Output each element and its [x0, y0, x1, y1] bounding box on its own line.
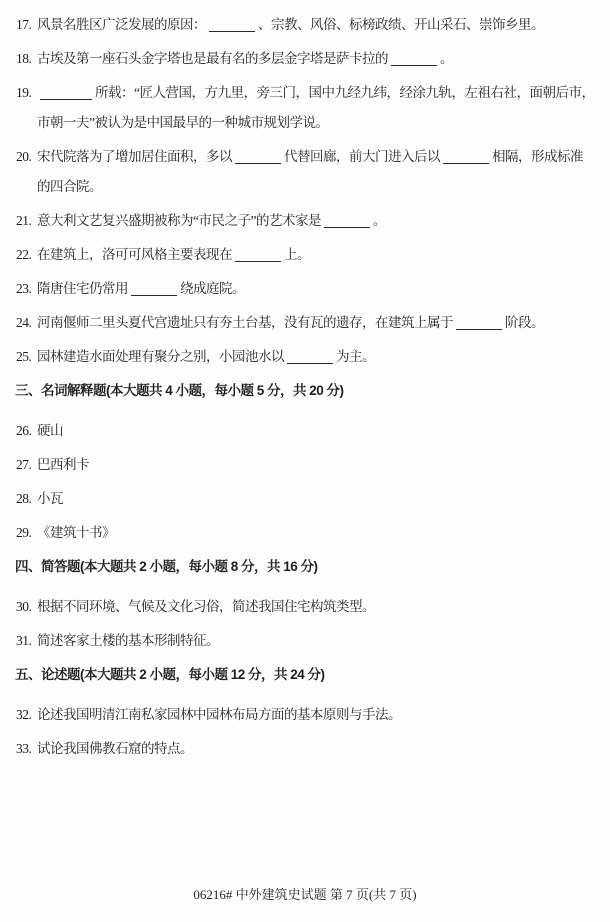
question-number: 31.	[16, 626, 31, 656]
question-line: 24.河南偃师二里头夏代宫遗址只有夯土台基，没有瓦的遗存，在建筑上属于阶段。	[0, 308, 596, 338]
question-27: 27.巴西利卡	[0, 450, 596, 480]
question-26: 26.硬山	[0, 416, 596, 446]
fill-in-blank	[391, 55, 437, 66]
question-number: 32.	[16, 700, 31, 730]
question-number: 33.	[16, 734, 31, 764]
exam-page: 17.风景名胜区广泛发展的原因：、宗教、风俗、标榜政绩、开山采石、崇饰乡里。18…	[0, 0, 610, 922]
question-text: 论述我国明清江南私家园林中园林布局方面的基本原则与手法。	[37, 707, 401, 722]
question-30: 30.根据不同环境、气候及文化习俗，简述我国住宅构筑类型。	[0, 592, 596, 622]
question-line: 32.论述我国明清江南私家园林中园林布局方面的基本原则与手法。	[0, 700, 596, 730]
fill-in-blank	[131, 285, 177, 296]
section-header: 三、名词解释题(本大题共 4 小题，每小题 5 分，共 20 分)	[0, 376, 596, 406]
question-number: 23.	[16, 274, 31, 304]
question-text: 代替回廊，前大门进入后以	[284, 149, 440, 164]
question-text: 绕成庭院。	[180, 281, 245, 296]
question-25: 25.园林建造水面处理有聚分之别，小园池水以为主。	[0, 342, 596, 372]
fill-in-blank	[324, 217, 370, 228]
question-number: 19.	[16, 78, 31, 108]
question-line: 30.根据不同环境、气候及文化习俗，简述我国住宅构筑类型。	[0, 592, 596, 622]
question-23: 23.隋唐住宅仍常用绕成庭院。	[0, 274, 596, 304]
question-number: 29.	[16, 518, 31, 548]
question-text: 上。	[284, 247, 310, 262]
question-text: 《建筑十书》	[37, 525, 115, 540]
question-line: 26.硬山	[0, 416, 596, 446]
question-text: 为主。	[336, 349, 375, 364]
question-text: 相隔，形成标准	[492, 149, 583, 164]
question-28: 28.小瓦	[0, 484, 596, 514]
question-line: 22.在建筑上，洛可可风格主要表现在上。	[0, 240, 596, 270]
question-text: 试论我国佛教石窟的特点。	[37, 741, 193, 756]
question-29: 29.《建筑十书》	[0, 518, 596, 548]
question-line: 21.意大利文艺复兴盛期被称为“市民之子”的艺术家是。	[0, 206, 596, 236]
question-number: 22.	[16, 240, 31, 270]
section-header: 五、论述题(本大题共 2 小题，每小题 12 分，共 24 分)	[0, 660, 596, 690]
question-number: 17.	[16, 10, 31, 40]
question-line-continuation: 市朝一夫”被认为是中国最早的一种城市规划学说。	[0, 108, 596, 138]
exam-body: 17.风景名胜区广泛发展的原因：、宗教、风俗、标榜政绩、开山采石、崇饰乡里。18…	[0, 0, 610, 764]
question-20: 20.宋代院落为了增加居住面积，多以代替回廊，前大门进入后以相隔，形成标准的四合…	[0, 142, 596, 202]
question-text: 的四合院。	[37, 179, 102, 194]
question-text: 阶段。	[505, 315, 544, 330]
question-24: 24.河南偃师二里头夏代宫遗址只有夯土台基，没有瓦的遗存，在建筑上属于阶段。	[0, 308, 596, 338]
question-text: 巴西利卡	[37, 457, 89, 472]
question-21: 21.意大利文艺复兴盛期被称为“市民之子”的艺术家是。	[0, 206, 596, 236]
question-number: 27.	[16, 450, 31, 480]
fill-in-blank	[235, 153, 281, 164]
question-text: 古埃及第一座石头金字塔也是最有名的多层金字塔是萨卡拉的	[37, 51, 388, 66]
question-text: 。	[373, 213, 386, 228]
question-line: 18.古埃及第一座石头金字塔也是最有名的多层金字塔是萨卡拉的。	[0, 44, 596, 74]
question-text: 风景名胜区广泛发展的原因：	[37, 17, 206, 32]
page-footer: 06216# 中外建筑史试题 第 7 页(共 7 页)	[0, 884, 610, 903]
question-line: 19.所载：“匠人营国，方九里，旁三门，国中九经九纬，经涂九轨，左祖右社，面朝后…	[0, 78, 596, 108]
question-31: 31.简述客家土楼的基本形制特征。	[0, 626, 596, 656]
fill-in-blank	[443, 153, 489, 164]
question-line: 17.风景名胜区广泛发展的原因：、宗教、风俗、标榜政绩、开山采石、崇饰乡里。	[0, 10, 596, 40]
question-number: 21.	[16, 206, 31, 236]
question-number: 25.	[16, 342, 31, 372]
question-line: 20.宋代院落为了增加居住面积，多以代替回廊，前大门进入后以相隔，形成标准	[0, 142, 596, 172]
question-line-continuation: 的四合院。	[0, 172, 596, 202]
question-number: 18.	[16, 44, 31, 74]
question-text: 所载：“匠人营国，方九里，旁三门，国中九经九纬，经涂九轨，左祖右社，面朝后市，	[95, 85, 595, 100]
question-17: 17.风景名胜区广泛发展的原因：、宗教、风俗、标榜政绩、开山采石、崇饰乡里。	[0, 10, 596, 40]
question-text: 宋代院落为了增加居住面积，多以	[37, 149, 232, 164]
question-number: 24.	[16, 308, 31, 338]
question-text: 河南偃师二里头夏代宫遗址只有夯土台基，没有瓦的遗存，在建筑上属于	[37, 315, 453, 330]
question-line: 25.园林建造水面处理有聚分之别，小园池水以为主。	[0, 342, 596, 372]
question-line: 28.小瓦	[0, 484, 596, 514]
question-text: 意大利文艺复兴盛期被称为“市民之子”的艺术家是	[37, 213, 321, 228]
fill-in-blank	[287, 353, 333, 364]
fill-in-blank	[40, 89, 92, 100]
question-text: 小瓦	[37, 491, 63, 506]
fill-in-blank	[456, 319, 502, 330]
question-32: 32.论述我国明清江南私家园林中园林布局方面的基本原则与手法。	[0, 700, 596, 730]
question-text: 隋唐住宅仍常用	[37, 281, 128, 296]
question-number: 28.	[16, 484, 31, 514]
question-18: 18.古埃及第一座石头金字塔也是最有名的多层金字塔是萨卡拉的。	[0, 44, 596, 74]
question-19: 19.所载：“匠人营国，方九里，旁三门，国中九经九纬，经涂九轨，左祖右社，面朝后…	[0, 78, 596, 138]
section-header: 四、简答题(本大题共 2 小题，每小题 8 分，共 16 分)	[0, 552, 596, 582]
question-line: 27.巴西利卡	[0, 450, 596, 480]
question-text: 、宗教、风俗、标榜政绩、开山采石、崇饰乡里。	[258, 17, 544, 32]
question-22: 22.在建筑上，洛可可风格主要表现在上。	[0, 240, 596, 270]
question-number: 30.	[16, 592, 31, 622]
fill-in-blank	[209, 21, 255, 32]
question-number: 20.	[16, 142, 31, 172]
question-text: 园林建造水面处理有聚分之别，小园池水以	[37, 349, 284, 364]
question-line: 29.《建筑十书》	[0, 518, 596, 548]
fill-in-blank	[235, 251, 281, 262]
question-text: 市朝一夫”被认为是中国最早的一种城市规划学说。	[37, 115, 329, 130]
question-line: 33.试论我国佛教石窟的特点。	[0, 734, 596, 764]
question-text: 在建筑上，洛可可风格主要表现在	[37, 247, 232, 262]
question-line: 31.简述客家土楼的基本形制特征。	[0, 626, 596, 656]
question-line: 23.隋唐住宅仍常用绕成庭院。	[0, 274, 596, 304]
question-text: 。	[440, 51, 453, 66]
question-text: 硬山	[37, 423, 63, 438]
question-33: 33.试论我国佛教石窟的特点。	[0, 734, 596, 764]
question-text: 根据不同环境、气候及文化习俗，简述我国住宅构筑类型。	[37, 599, 375, 614]
question-number: 26.	[16, 416, 31, 446]
question-text: 简述客家土楼的基本形制特征。	[37, 633, 219, 648]
